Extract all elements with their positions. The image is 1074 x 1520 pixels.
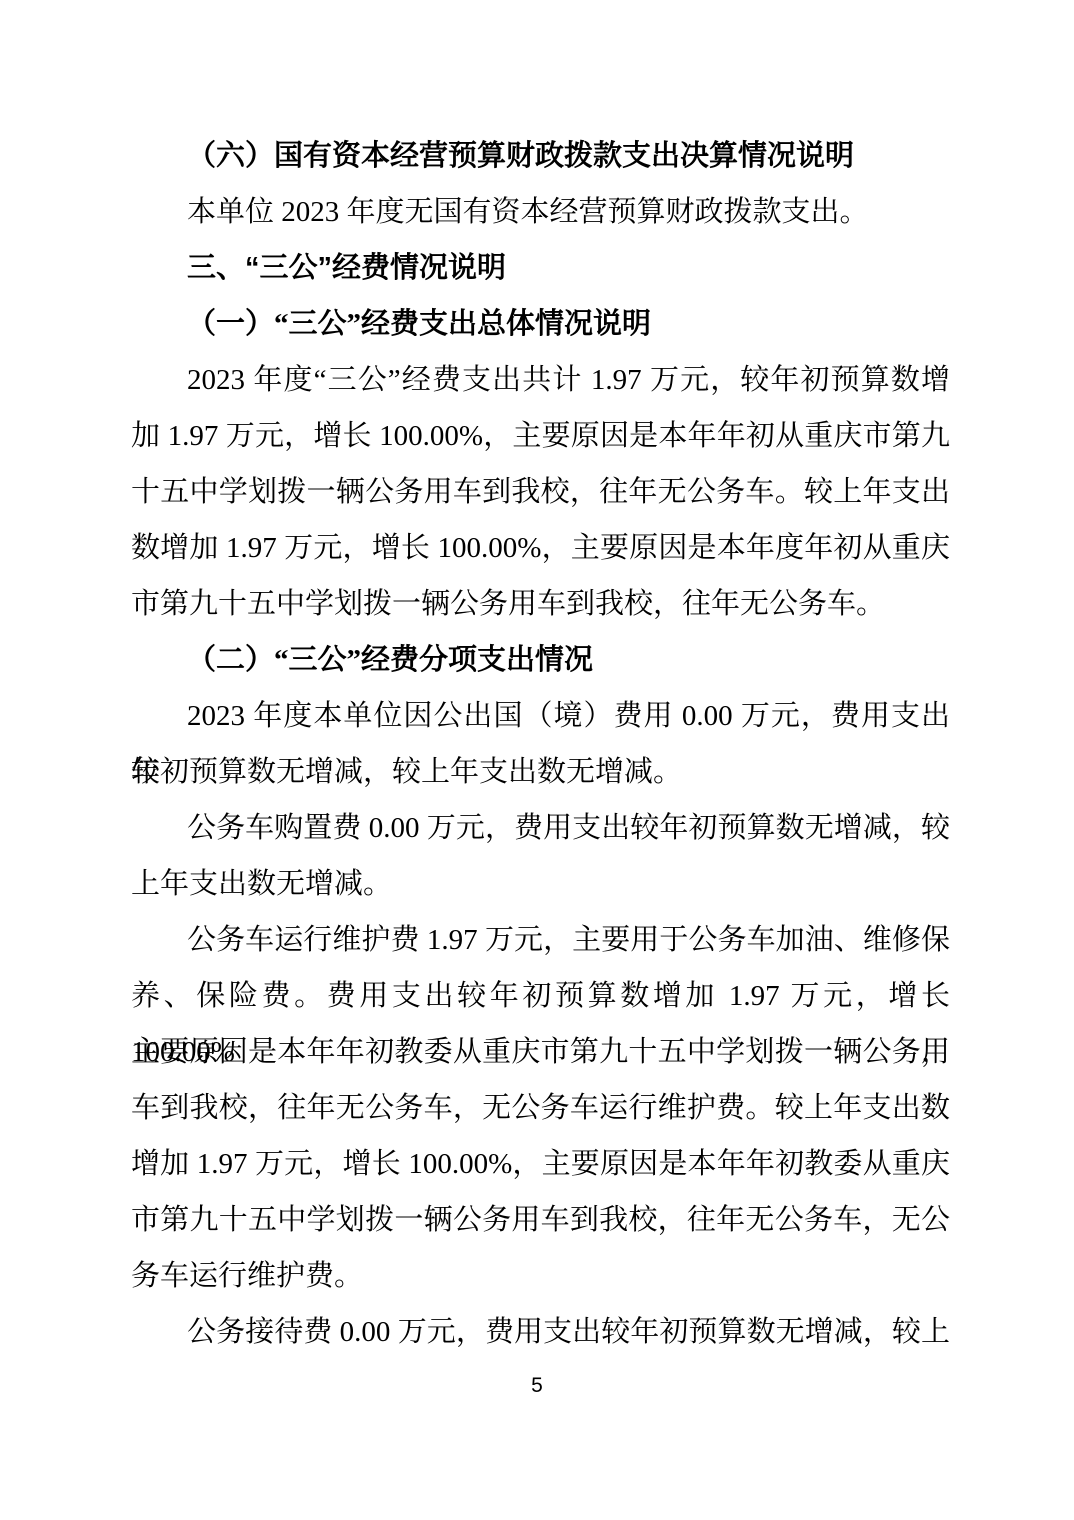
body-line: 公务接待费 0.00 万元，费用支出较年初预算数无增减，较上 bbox=[131, 1304, 950, 1360]
body-line: 车到我校，往年无公务车，无公务车运行维护费。较上年支出数 bbox=[131, 1080, 950, 1136]
body-line: 公务车运行维护费 1.97 万元，主要用于公务车加油、维修保 bbox=[131, 912, 950, 968]
body-line: 增加 1.97 万元，增长 100.00%，主要原因是本年年初教委从重庆 bbox=[131, 1136, 950, 1192]
body-line: 上年支出数无增减。 bbox=[131, 856, 950, 912]
heading-three-public-expenses-section: 三、“三公”经费情况说明 bbox=[131, 240, 950, 296]
body-line: 本单位 2023 年度无国有资本经营预算财政拨款支出。 bbox=[131, 184, 950, 240]
body-line: 养、保险费。费用支出较年初预算数增加 1.97 万元，增长 100.00%， bbox=[131, 968, 950, 1024]
heading-overall-expenditure: （一）“三公”经费支出总体情况说明 bbox=[131, 296, 950, 352]
heading-itemized-expenditure: （二）“三公”经费分项支出情况 bbox=[131, 632, 950, 688]
body-line: 数增加 1.97 万元，增长 100.00%，主要原因是本年度年初从重庆 bbox=[131, 520, 950, 576]
body-line: 十五中学划拨一辆公务用车到我校，往年无公务车。较上年支出 bbox=[131, 464, 950, 520]
body-line: 市第九十五中学划拨一辆公务用车到我校，往年无公务车。 bbox=[131, 576, 950, 632]
document-text-block: （六）国有资本经营预算财政拨款支出决算情况说明 本单位 2023 年度无国有资本… bbox=[131, 128, 950, 1360]
body-line: 市第九十五中学划拨一辆公务用车到我校，往年无公务车，无公 bbox=[131, 1192, 950, 1248]
body-line: 年初预算数无增减，较上年支出数无增减。 bbox=[131, 744, 950, 800]
document-page: （六）国有资本经营预算财政拨款支出决算情况说明 本单位 2023 年度无国有资本… bbox=[0, 0, 1074, 1520]
body-line: 务车运行维护费。 bbox=[131, 1248, 950, 1304]
page-number: 5 bbox=[0, 1372, 1074, 1400]
body-line: 2023 年度“三公”经费支出共计 1.97 万元，较年初预算数增 bbox=[131, 352, 950, 408]
body-line: 主要原因是本年年初教委从重庆市第九十五中学划拨一辆公务用 bbox=[131, 1024, 950, 1080]
body-line: 2023 年度本单位因公出国（境）费用 0.00 万元，费用支出较 bbox=[131, 688, 950, 744]
heading-state-capital-budget-expenditure: （六）国有资本经营预算财政拨款支出决算情况说明 bbox=[131, 128, 950, 184]
body-line: 公务车购置费 0.00 万元，费用支出较年初预算数无增减，较 bbox=[131, 800, 950, 856]
body-line: 加 1.97 万元，增长 100.00%，主要原因是本年年初从重庆市第九 bbox=[131, 408, 950, 464]
